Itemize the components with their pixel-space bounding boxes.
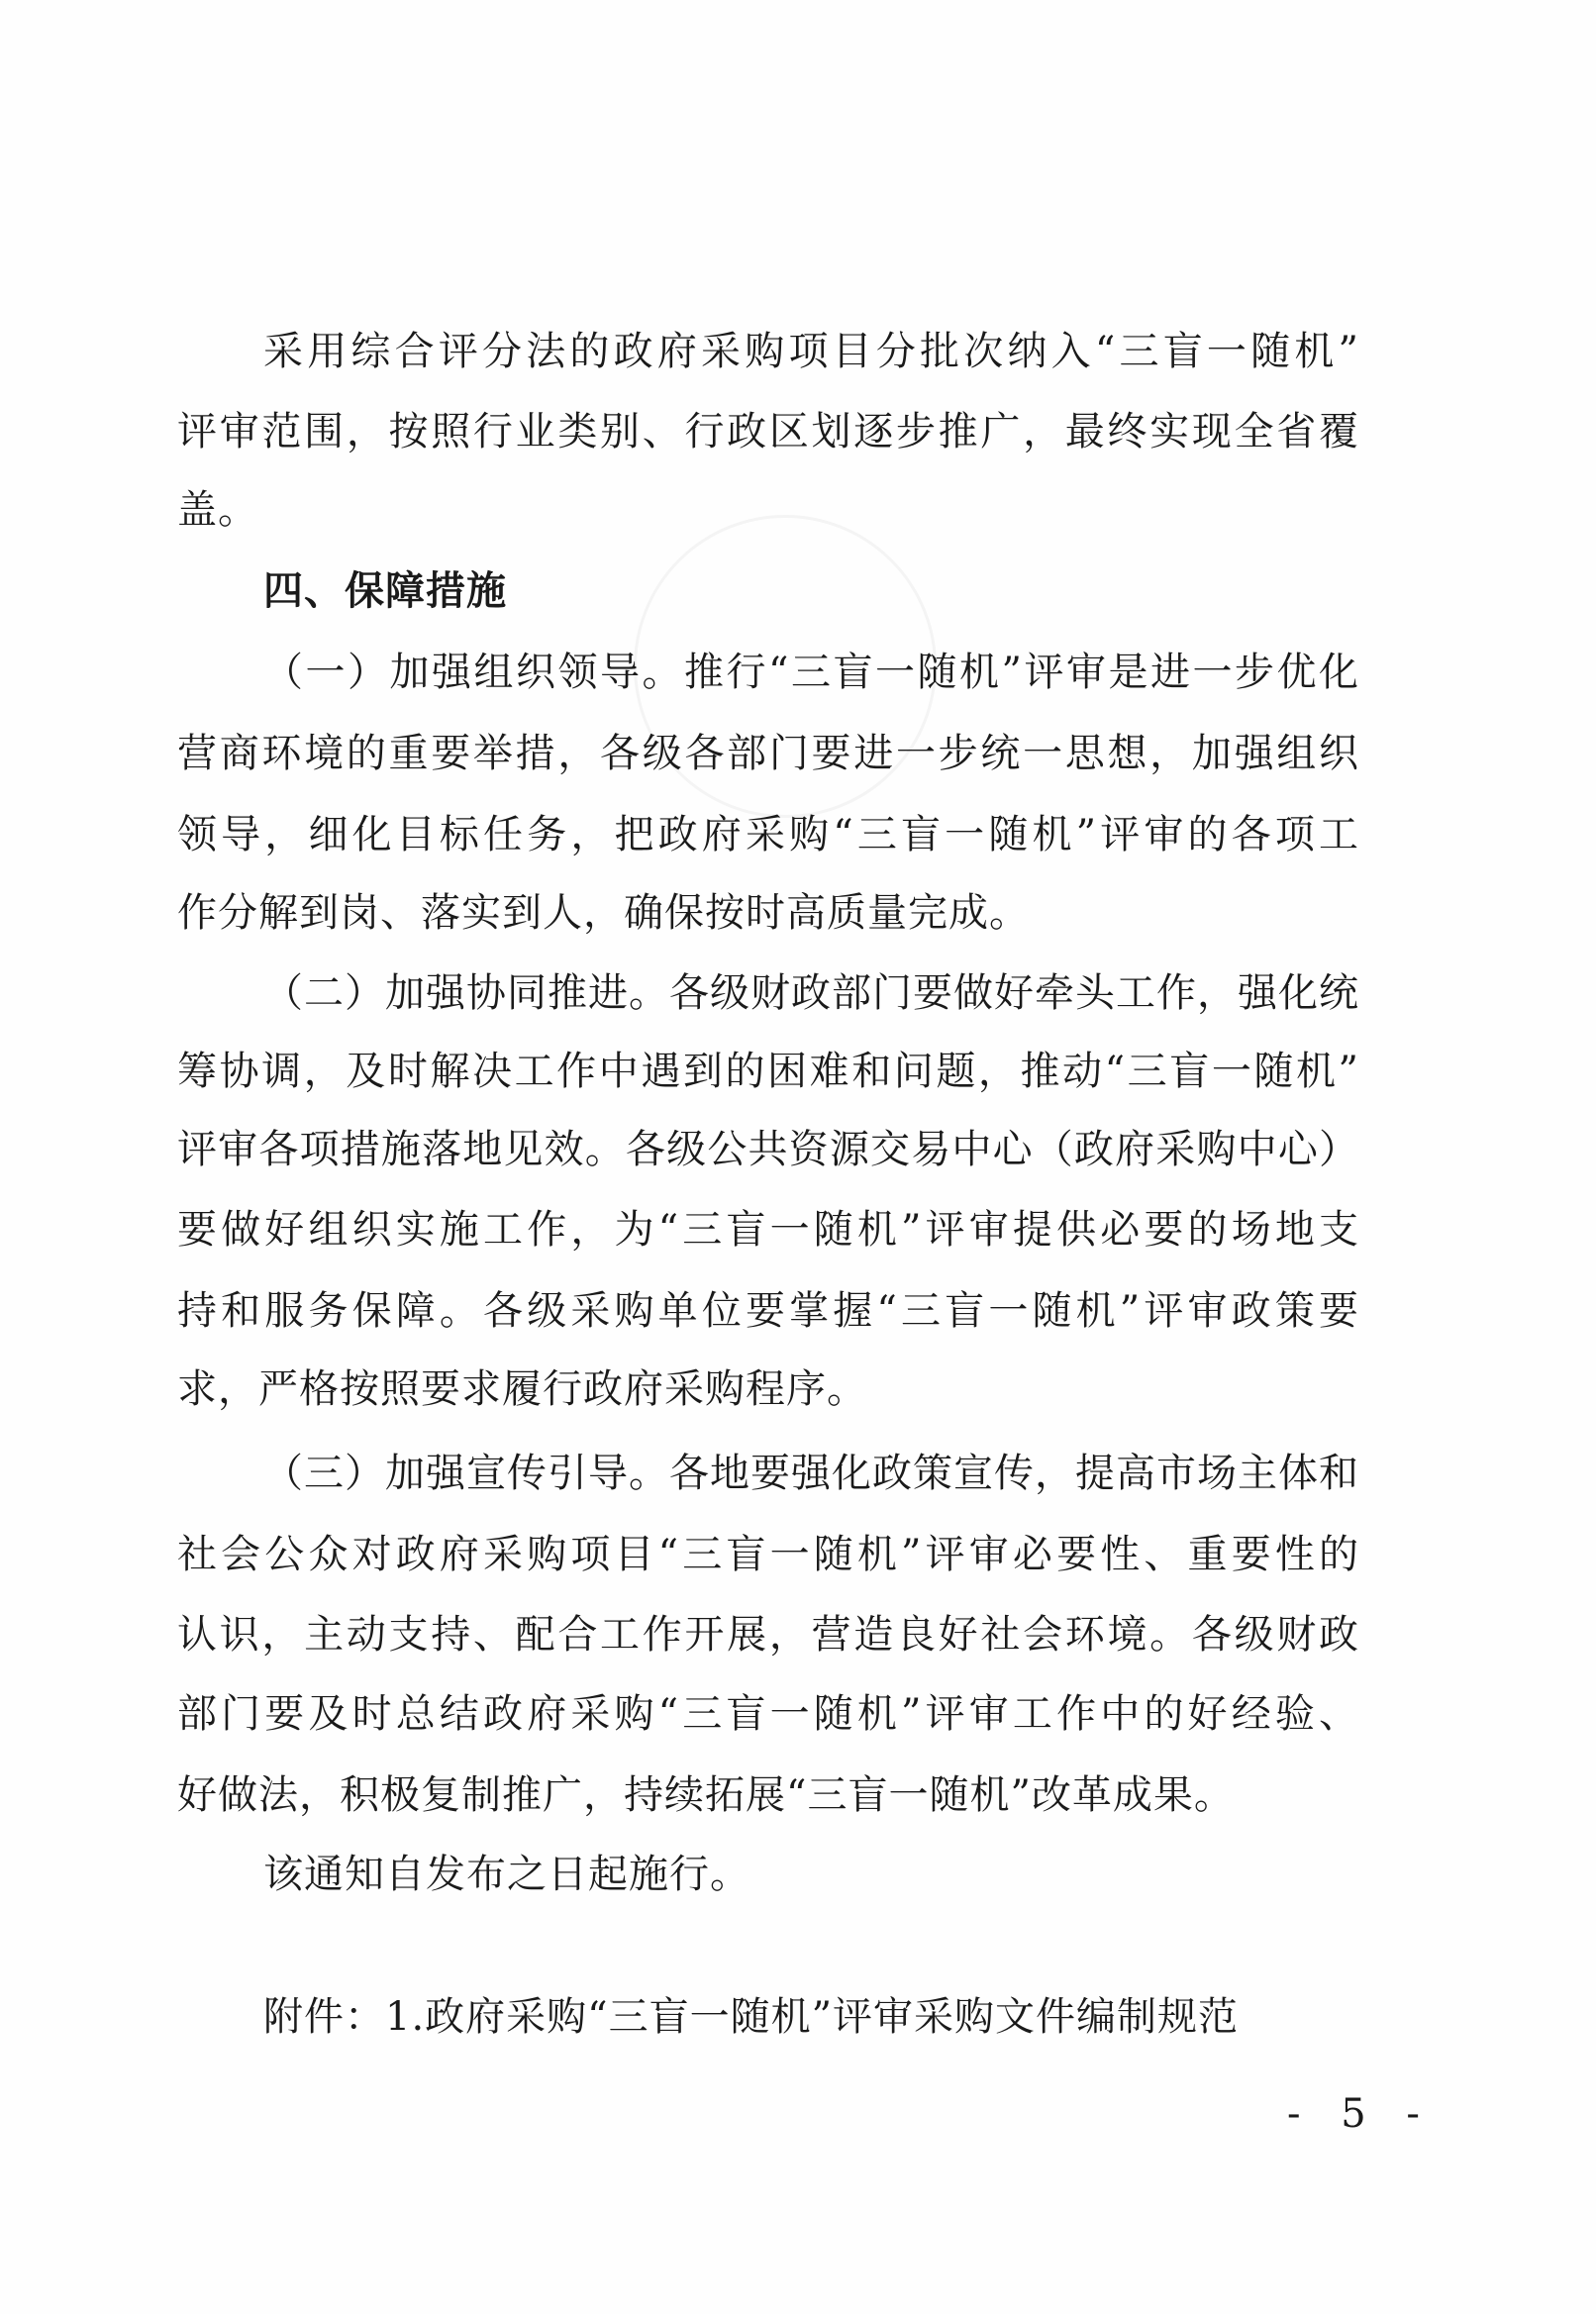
item-3-line-4: 部门要及时总结政府采购“三盲一随机”评审工作中的好经验、 xyxy=(177,1684,1359,1744)
item-1-line-1: （一）加强组织领导。推行“三盲一随机”评审是进一步优化 xyxy=(263,643,1359,702)
item-1-line-2: 营商环境的重要举措，各级各部门要进一步统一思想，加强组织 xyxy=(177,724,1359,783)
item-1-line-4: 作分解到岗、落实到人，确保按时高质量完成。 xyxy=(177,883,1359,943)
page-number: - 5 - xyxy=(1287,2089,1434,2139)
item-3-line-3: 认识，主动支持、配合工作开展，营造良好社会环境。各级财政 xyxy=(177,1605,1359,1664)
item-1-line-3: 领导，细化目标任务，把政府采购“三盲一随机”评审的各项工 xyxy=(177,805,1359,864)
item-2-line-1: （二）加强协同推进。各级财政部门要做好牵头工作，强化统 xyxy=(263,963,1359,1023)
item-2-line-6: 求，严格按照要求履行政府采购程序。 xyxy=(177,1359,1359,1419)
effective-statement: 该通知自发布之日起施行。 xyxy=(263,1845,1359,1904)
paragraph-rollout-line-2: 评审范围，按照行业类别、行政区划逐步推广，最终实现全省覆 xyxy=(177,402,1359,461)
item-3-line-1: （三）加强宣传引导。各地要强化政策宣传，提高市场主体和 xyxy=(263,1444,1359,1503)
item-2-line-4: 要做好组织实施工作，为“三盲一随机”评审提供必要的场地支 xyxy=(177,1200,1359,1259)
item-3-line-2: 社会公众对政府采购项目“三盲一随机”评审必要性、重要性的 xyxy=(177,1525,1359,1584)
document-page: 采用综合评分法的政府采购项目分批次纳入“三盲一随机” 评审范围，按照行业类别、行… xyxy=(0,0,1596,2314)
paragraph-rollout-line-1: 采用综合评分法的政府采购项目分批次纳入“三盲一随机” xyxy=(263,322,1359,381)
section-heading: 四、保障措施 xyxy=(263,561,1359,621)
paragraph-rollout-line-3: 盖。 xyxy=(177,480,1359,540)
item-2-line-2: 筹协调，及时解决工作中遇到的困难和问题，推动“三盲一随机” xyxy=(177,1042,1359,1101)
item-2-line-3: 评审各项措施落地见效。各级公共资源交易中心（政府采购中心） xyxy=(177,1120,1359,1179)
item-2-line-5: 持和服务保障。各级采购单位要掌握“三盲一随机”评审政策要 xyxy=(177,1281,1359,1341)
attachment-line: 附件：1.政府采购“三盲一随机”评审采购文件编制规范 xyxy=(263,1987,1359,2047)
item-3-line-5: 好做法，积极复制推广，持续拓展“三盲一随机”改革成果。 xyxy=(177,1765,1359,1825)
